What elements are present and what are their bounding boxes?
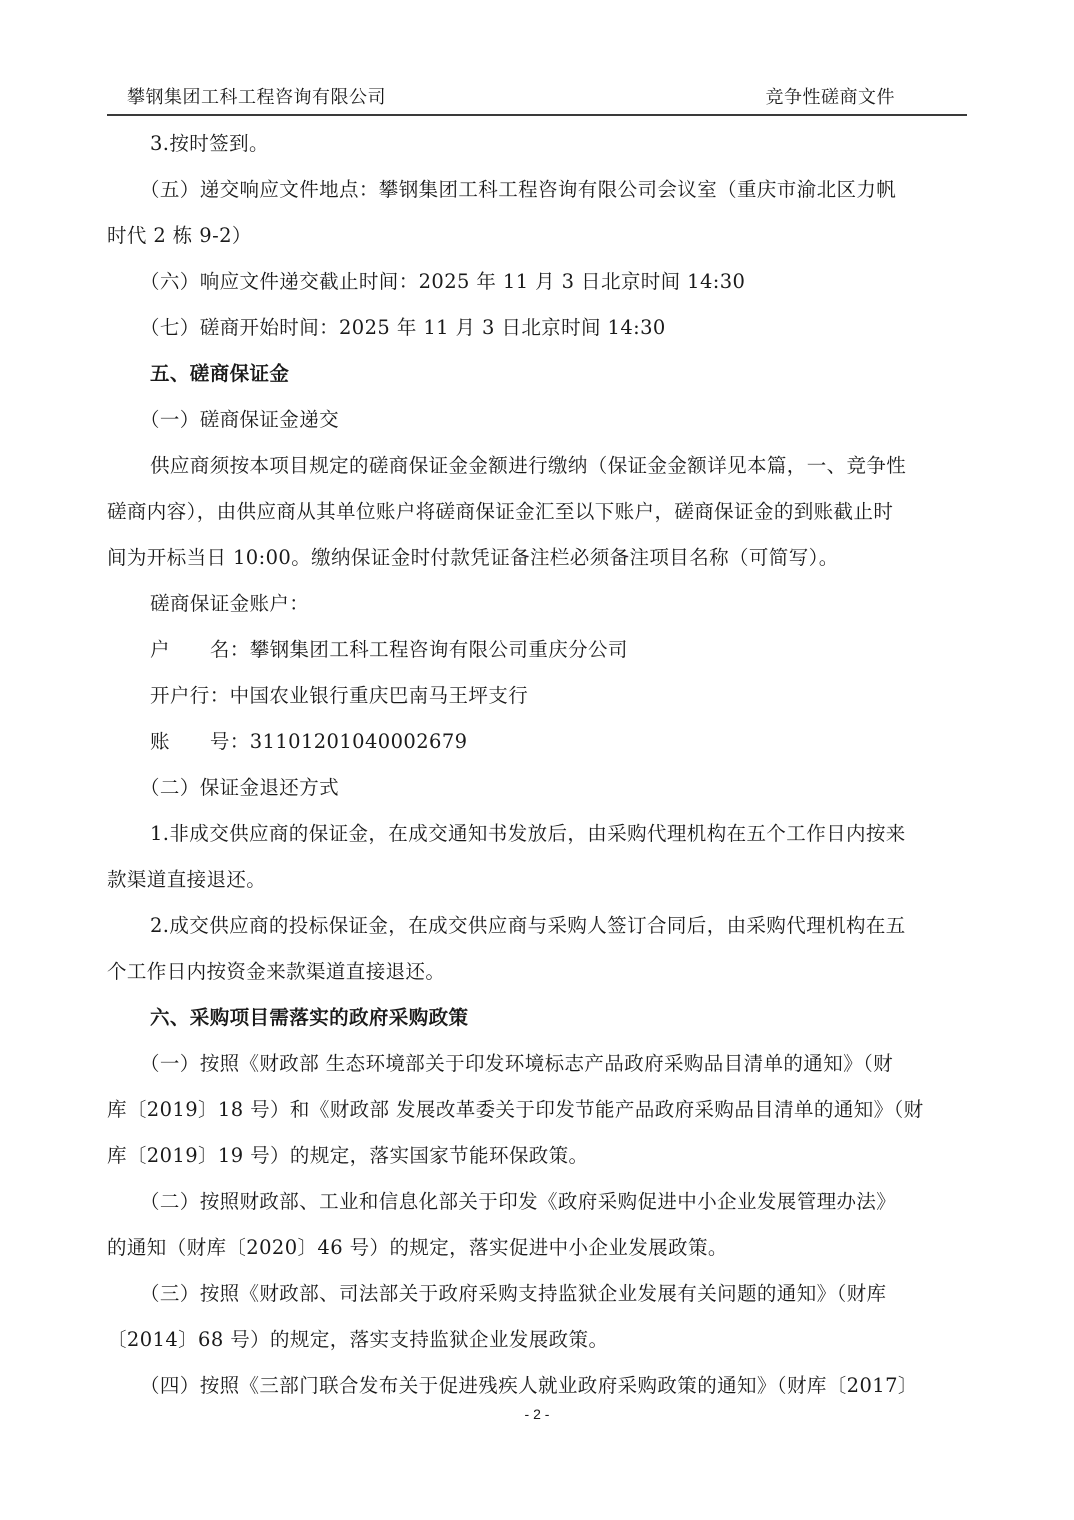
policy-1-line-2: 库〔2019〕18 号）和《财政部 发展改革委关于印发节能产品政府采购品目清单的… (107, 1087, 967, 1133)
section-6-title: 六、采购项目需落实的政府采购政策 (107, 995, 967, 1041)
policy-3-line-2: 〔2014〕68 号）的规定，落实支持监狱企业发展政策。 (107, 1317, 967, 1363)
policy-1-line-1: （一）按照《财政部 生态环境部关于印发环境标志产品政府采购品目清单的通知》（财 (107, 1041, 967, 1087)
item-7-start-time: （七）磋商开始时间：2025 年 11 月 3 日北京时间 14:30 (107, 305, 967, 351)
account-title: 磋商保证金账户： (107, 581, 967, 627)
refund-1-line-1: 1.非成交供应商的保证金，在成交通知书发放后，由采购代理机构在五个工作日内按来 (107, 811, 967, 857)
header-company-name: 攀钢集团工科工程咨询有限公司 (127, 84, 386, 112)
section-5-subheading-2: （二）保证金退还方式 (107, 765, 967, 811)
account-name-label-b: 名： (210, 638, 250, 661)
section-5-para-line-1: 供应商须按本项目规定的磋商保证金金额进行缴纳（保证金金额详见本篇，一、竞争性 (107, 443, 967, 489)
policy-item-2: （二）按照财政部、工业和信息化部关于印发《政府采购促进中小企业发展管理办法》 的… (107, 1179, 967, 1271)
document-body: 3.按时签到。 （五）递交响应文件地点：攀钢集团工科工程咨询有限公司会议室（重庆… (107, 121, 967, 1409)
item-3: 3.按时签到。 (107, 121, 967, 167)
policy-item-1: （一）按照《财政部 生态环境部关于印发环境标志产品政府采购品目清单的通知》（财 … (107, 1041, 967, 1179)
policy-3-line-1: （三）按照《财政部、司法部关于政府采购支持监狱企业发展有关问题的通知》（财库 (107, 1271, 967, 1317)
bank-row: 开户行：中国农业银行重庆巴南马王坪支行 (107, 673, 967, 719)
page-header: 攀钢集团工科工程咨询有限公司 竞争性磋商文件 (107, 84, 967, 116)
bank-label: 开户行： (150, 684, 230, 707)
account-name-label-a: 户 (150, 638, 170, 661)
section-5-para-line-3: 间为开标当日 10:00。缴纳保证金时付款凭证备注栏必须备注项目名称（可简写）。 (107, 535, 967, 581)
policy-item-4: （四）按照《三部门联合发布关于促进残疾人就业政府采购政策的通知》（财库〔2017… (107, 1363, 967, 1409)
account-number-row: 账号：31101201040002679 (107, 719, 967, 765)
policy-2-line-2: 的通知（财库〔2020〕46 号）的规定，落实促进中小企业发展政策。 (107, 1225, 967, 1271)
section-5-title: 五、磋商保证金 (107, 351, 967, 397)
policy-1-line-3: 库〔2019〕19 号）的规定，落实国家节能环保政策。 (107, 1133, 967, 1179)
policy-4-line-1: （四）按照《三部门联合发布关于促进残疾人就业政府采购政策的通知》（财库〔2017… (107, 1363, 967, 1409)
refund-item-2: 2.成交供应商的投标保证金，在成交供应商与采购人签订合同后，由采购代理机构在五 … (107, 903, 967, 995)
account-number-label-b: 号： (210, 730, 250, 753)
item-6-deadline: （六）响应文件递交截止时间：2025 年 11 月 3 日北京时间 14:30 (107, 259, 967, 305)
account-number-value: 31101201040002679 (250, 730, 468, 753)
item-5-submission-location: （五）递交响应文件地点：攀钢集团工科工程咨询有限公司会议室（重庆市渝北区力帆 时… (107, 167, 967, 259)
policy-item-3: （三）按照《财政部、司法部关于政府采购支持监狱企业发展有关问题的通知》（财库 〔… (107, 1271, 967, 1363)
section-5-subheading-1: （一）磋商保证金递交 (107, 397, 967, 443)
section-5-para-line-2: 磋商内容），由供应商从其单位账户将磋商保证金汇至以下账户，磋商保证金的到账截止时 (107, 489, 967, 535)
account-number-label-a: 账 (150, 730, 170, 753)
refund-2-line-2: 个工作日内按资金来款渠道直接退还。 (107, 949, 967, 995)
refund-1-line-2: 款渠道直接退还。 (107, 857, 967, 903)
refund-2-line-1: 2.成交供应商的投标保证金，在成交供应商与采购人签订合同后，由采购代理机构在五 (107, 903, 967, 949)
policy-2-line-1: （二）按照财政部、工业和信息化部关于印发《政府采购促进中小企业发展管理办法》 (107, 1179, 967, 1225)
item-5-line-1: （五）递交响应文件地点：攀钢集团工科工程咨询有限公司会议室（重庆市渝北区力帆 (107, 167, 967, 213)
header-document-title: 竞争性磋商文件 (766, 84, 896, 112)
account-name-value: 攀钢集团工科工程咨询有限公司重庆分公司 (250, 638, 628, 661)
section-5-paragraph: 供应商须按本项目规定的磋商保证金金额进行缴纳（保证金金额详见本篇，一、竞争性 磋… (107, 443, 967, 581)
account-name-row: 户名：攀钢集团工科工程咨询有限公司重庆分公司 (107, 627, 967, 673)
item-5-line-2: 时代 2 栋 9-2） (107, 213, 967, 259)
page-number: - 2 - (0, 1406, 1074, 1422)
bank-value: 中国农业银行重庆巴南马王坪支行 (230, 684, 529, 707)
refund-item-1: 1.非成交供应商的保证金，在成交通知书发放后，由采购代理机构在五个工作日内按来 … (107, 811, 967, 903)
